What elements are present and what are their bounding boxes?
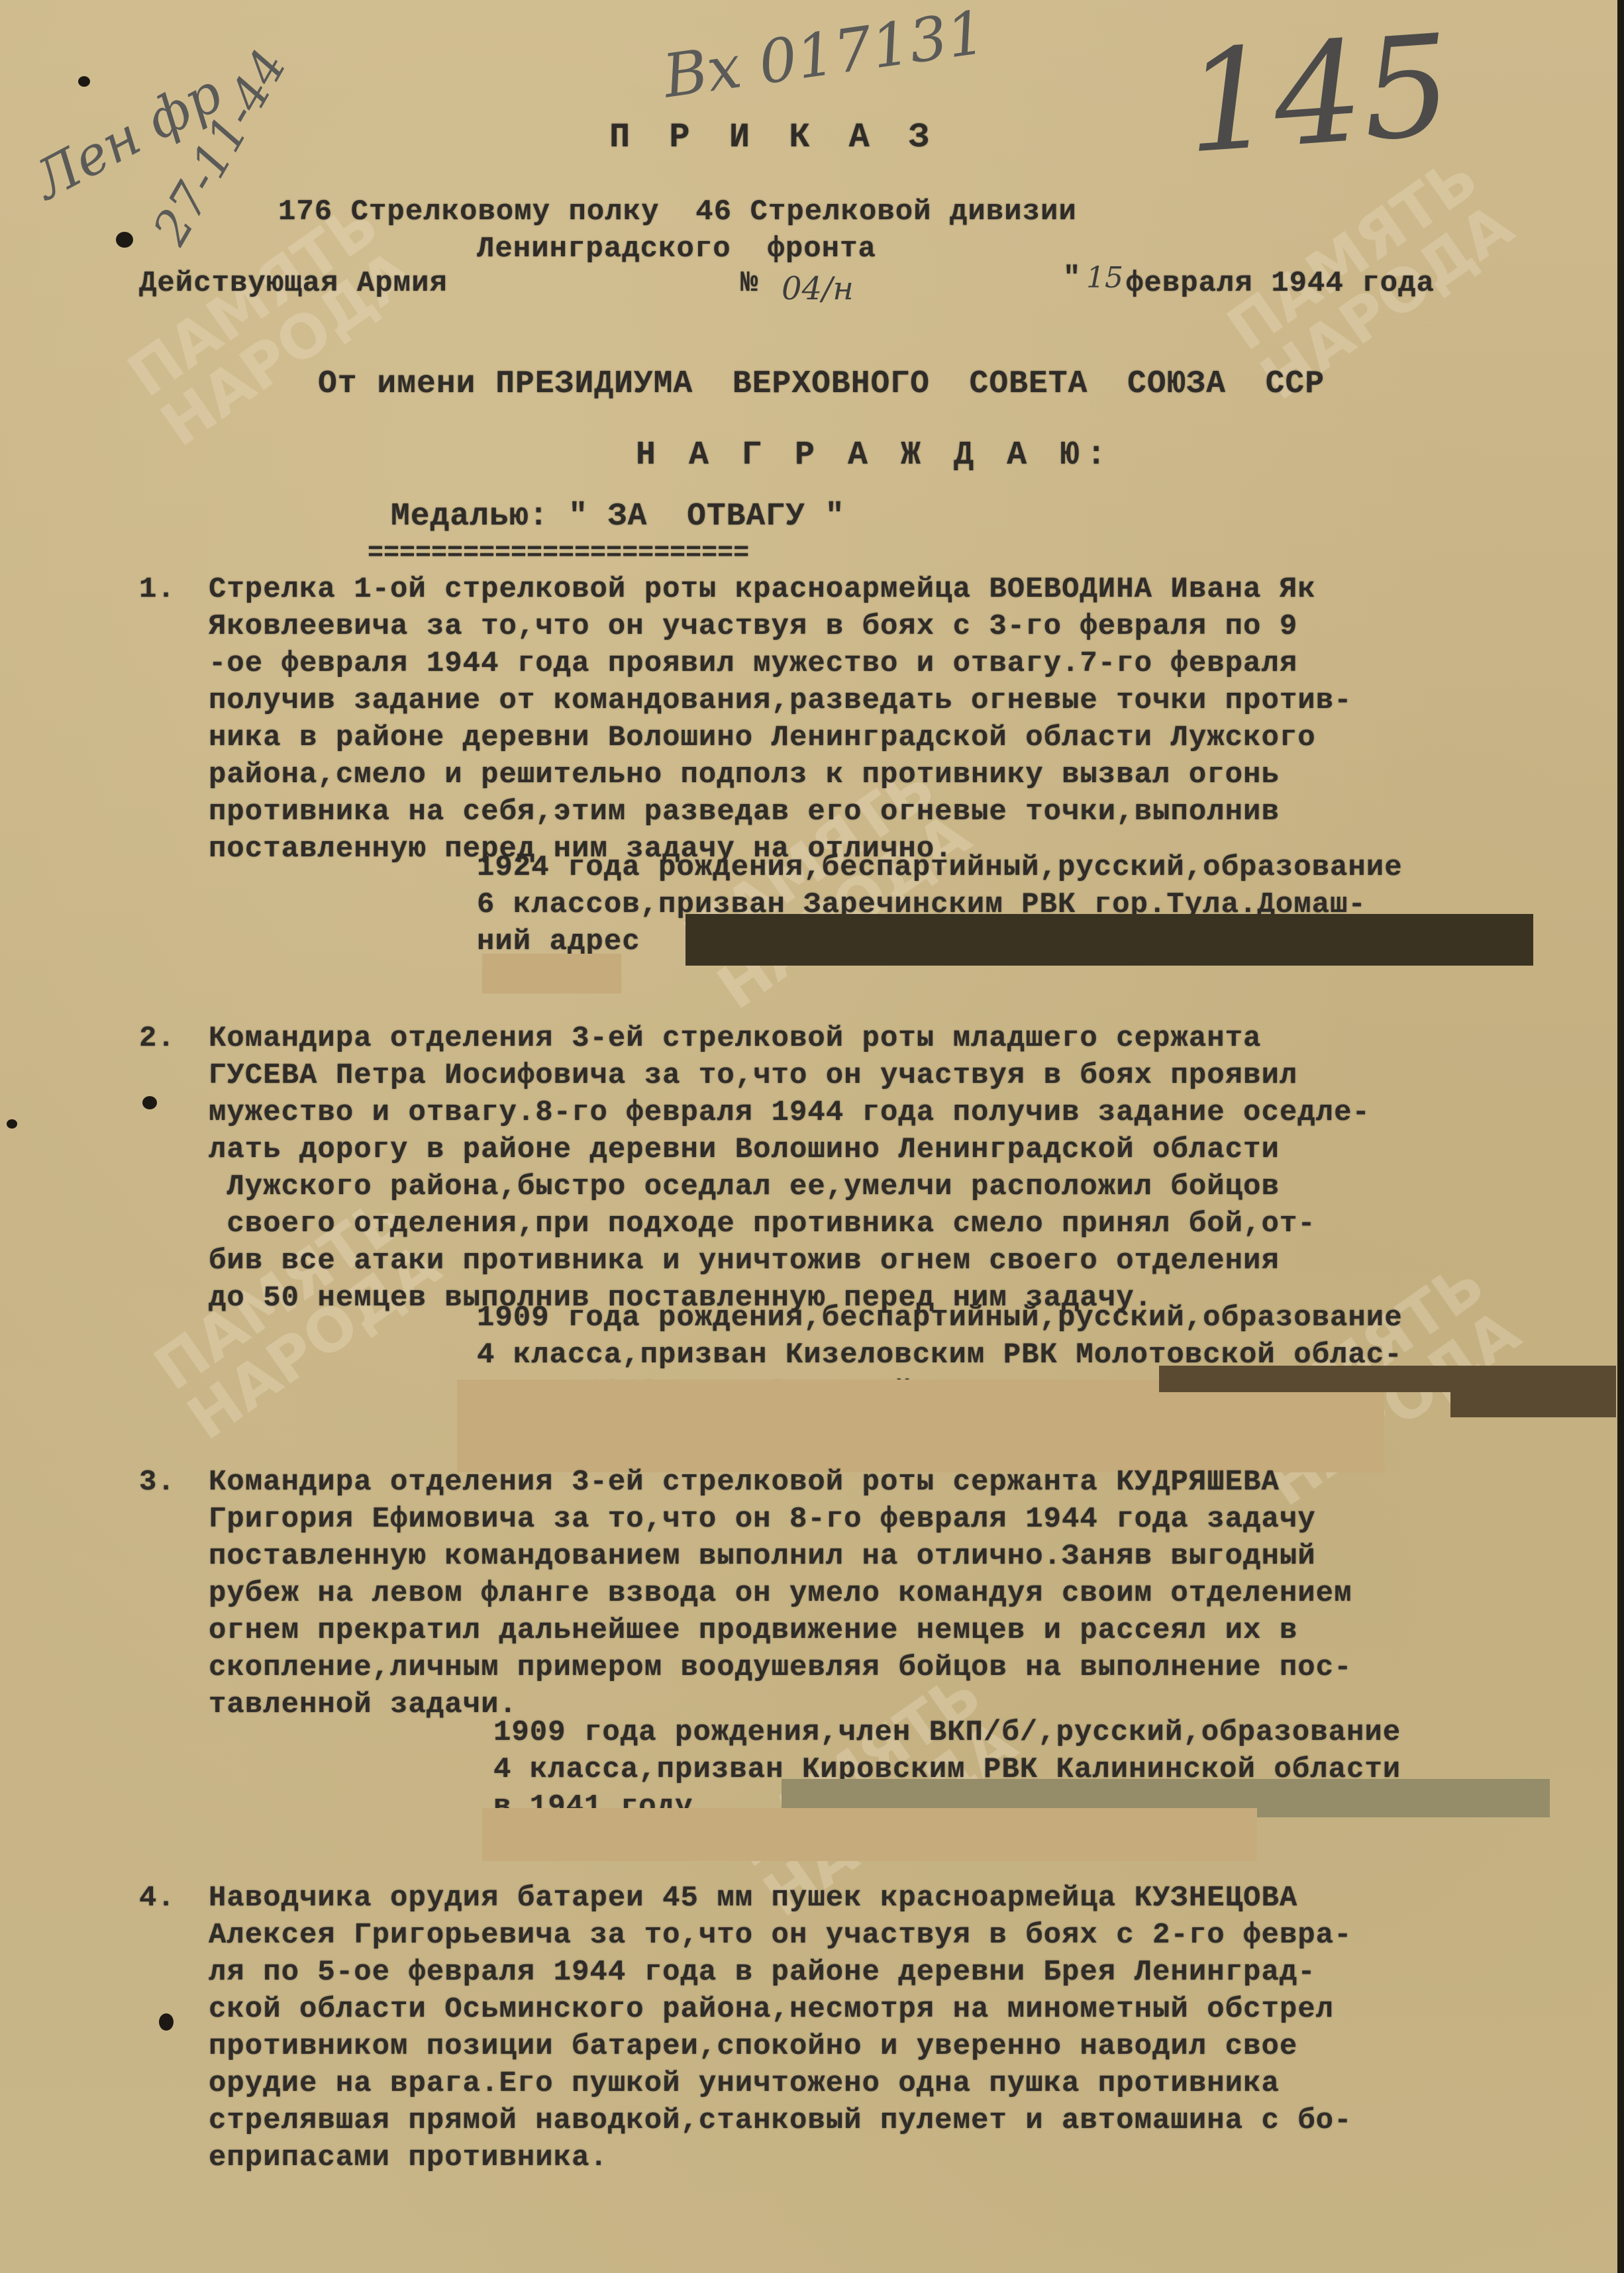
- entry-text: Командира отделения 3-ей стрелковой роты…: [209, 1020, 1370, 1317]
- entry-line: района,смело и решительно подполз к прот…: [209, 756, 1352, 793]
- entry-line: еприпасами противника.: [209, 2139, 1352, 2176]
- handwritten-page-number: 145: [1180, 4, 1456, 184]
- unit-line-2: Ленинградского фронта: [477, 230, 876, 268]
- entry-line: ля по 5-ое февраля 1944 года в районе де…: [209, 1954, 1352, 1991]
- punch-hole: [7, 1119, 17, 1129]
- order-date-day: 15: [1086, 261, 1123, 295]
- redacted-block: [482, 954, 621, 993]
- entry-line: ника в районе деревни Волошино Ленинград…: [209, 719, 1352, 756]
- entry-line: бив все атаки противника и уничтожив огн…: [209, 1242, 1370, 1280]
- entry-line: ГУСЕВА Петра Иосифовича за то,что он уча…: [209, 1057, 1370, 1094]
- awards-heading: Н А Г Р А Ж Д А Ю:: [636, 437, 1113, 474]
- redacted-block: [482, 1808, 1257, 1861]
- entry-line: лать дорогу в районе деревни Волошино Ле…: [209, 1131, 1370, 1168]
- presidium-line: От имени ПРЕЗИДИУМА ВЕРХОВНОГО СОВЕТА СО…: [318, 366, 1325, 403]
- order-number: 04/н: [782, 270, 854, 307]
- document-title: П Р И К А З: [609, 119, 939, 156]
- order-date: февраля 1944 года: [1126, 265, 1435, 302]
- bio-line: 1909 года рождения,член ВКП/б/,русский,о…: [493, 1714, 1401, 1751]
- army-label: Действующая Армия: [139, 265, 448, 302]
- entry-line: противником позиции батареи,спокойно и у…: [209, 2028, 1352, 2065]
- scan-edge: [1617, 0, 1624, 2273]
- order-date-quote: ": [1063, 260, 1081, 297]
- redacted-block: [457, 1380, 1384, 1472]
- entry-line: Лужского района,быстро оседлал ее,умелчи…: [209, 1168, 1370, 1205]
- punch-hole: [159, 2013, 174, 2031]
- punch-hole: [78, 76, 90, 87]
- entry-line: стрелявшая прямой наводкой,станковый пул…: [209, 2102, 1352, 2139]
- punch-hole: [116, 232, 133, 248]
- entry-line: скопление,личным примером воодушевляя бо…: [209, 1649, 1352, 1686]
- entry-line: Алексея Григорьевича за то,что он участв…: [209, 1917, 1352, 1954]
- entry-number: 2.: [139, 1020, 176, 1057]
- entry-text: Стрелка 1-ой стрелковой роты красноармей…: [209, 571, 1352, 868]
- unit-line-1: 176 Стрелковому полку 46 Стрелковой диви…: [278, 193, 1077, 230]
- entry-line: Командира отделения 3-ей стрелковой роты…: [209, 1020, 1370, 1057]
- redacted-address: [1450, 1366, 1616, 1417]
- medal-name: Медалью: " ЗА ОТВАГУ ": [391, 498, 845, 535]
- entry-line: орудие на врага.Его пушкой уничтожено од…: [209, 2065, 1352, 2102]
- entry-text: Наводчика орудия батареи 45 мм пушек кра…: [209, 1880, 1352, 2176]
- order-number-label: №: [740, 265, 758, 302]
- entry-line: ской области Осьминского района,несмотря…: [209, 1991, 1352, 2028]
- entry-line: поставленную командованием выполнил на о…: [209, 1538, 1352, 1575]
- bio-line: 1909 года рождения,беспартийный,русский,…: [477, 1299, 1403, 1337]
- entry-number: 4.: [139, 1880, 176, 1917]
- entry-line: Наводчика орудия батареи 45 мм пушек кра…: [209, 1880, 1352, 1917]
- entry-line: Григория Ефимовича за то,что он 8-го фев…: [209, 1501, 1352, 1538]
- entry-line: Яковлеевича за то,что он участвуя в боях…: [209, 608, 1352, 645]
- bio-line: 1924 года рождения,беспартийный,русский,…: [477, 849, 1403, 886]
- entry-line: огнем прекратил дальнейшее продвижение н…: [209, 1612, 1352, 1649]
- entry-line: получив задание от командования,разведат…: [209, 682, 1352, 719]
- entry-number: 3.: [139, 1464, 176, 1501]
- entry-number: 1.: [139, 571, 176, 608]
- entry-text: Командира отделения 3-ей стрелковой роты…: [209, 1464, 1352, 1723]
- entry-line: своего отделения,при подходе противника …: [209, 1205, 1370, 1242]
- redacted-address: [685, 914, 1533, 966]
- entry-line: мужество и отвагу.8-го февраля 1944 года…: [209, 1094, 1370, 1131]
- entry-line: Стрелка 1-ой стрелковой роты красноармей…: [209, 571, 1352, 608]
- punch-hole: [142, 1096, 157, 1109]
- entry-line: рубеж на левом фланге взвода он умело ко…: [209, 1575, 1352, 1612]
- medal-underline: ========================: [368, 535, 749, 572]
- entry-line: -ое февраля 1944 года проявил мужество и…: [209, 645, 1352, 682]
- entry-line: Командира отделения 3-ей стрелковой роты…: [209, 1464, 1352, 1501]
- entry-line: противника на себя,этим разведав его огн…: [209, 793, 1352, 831]
